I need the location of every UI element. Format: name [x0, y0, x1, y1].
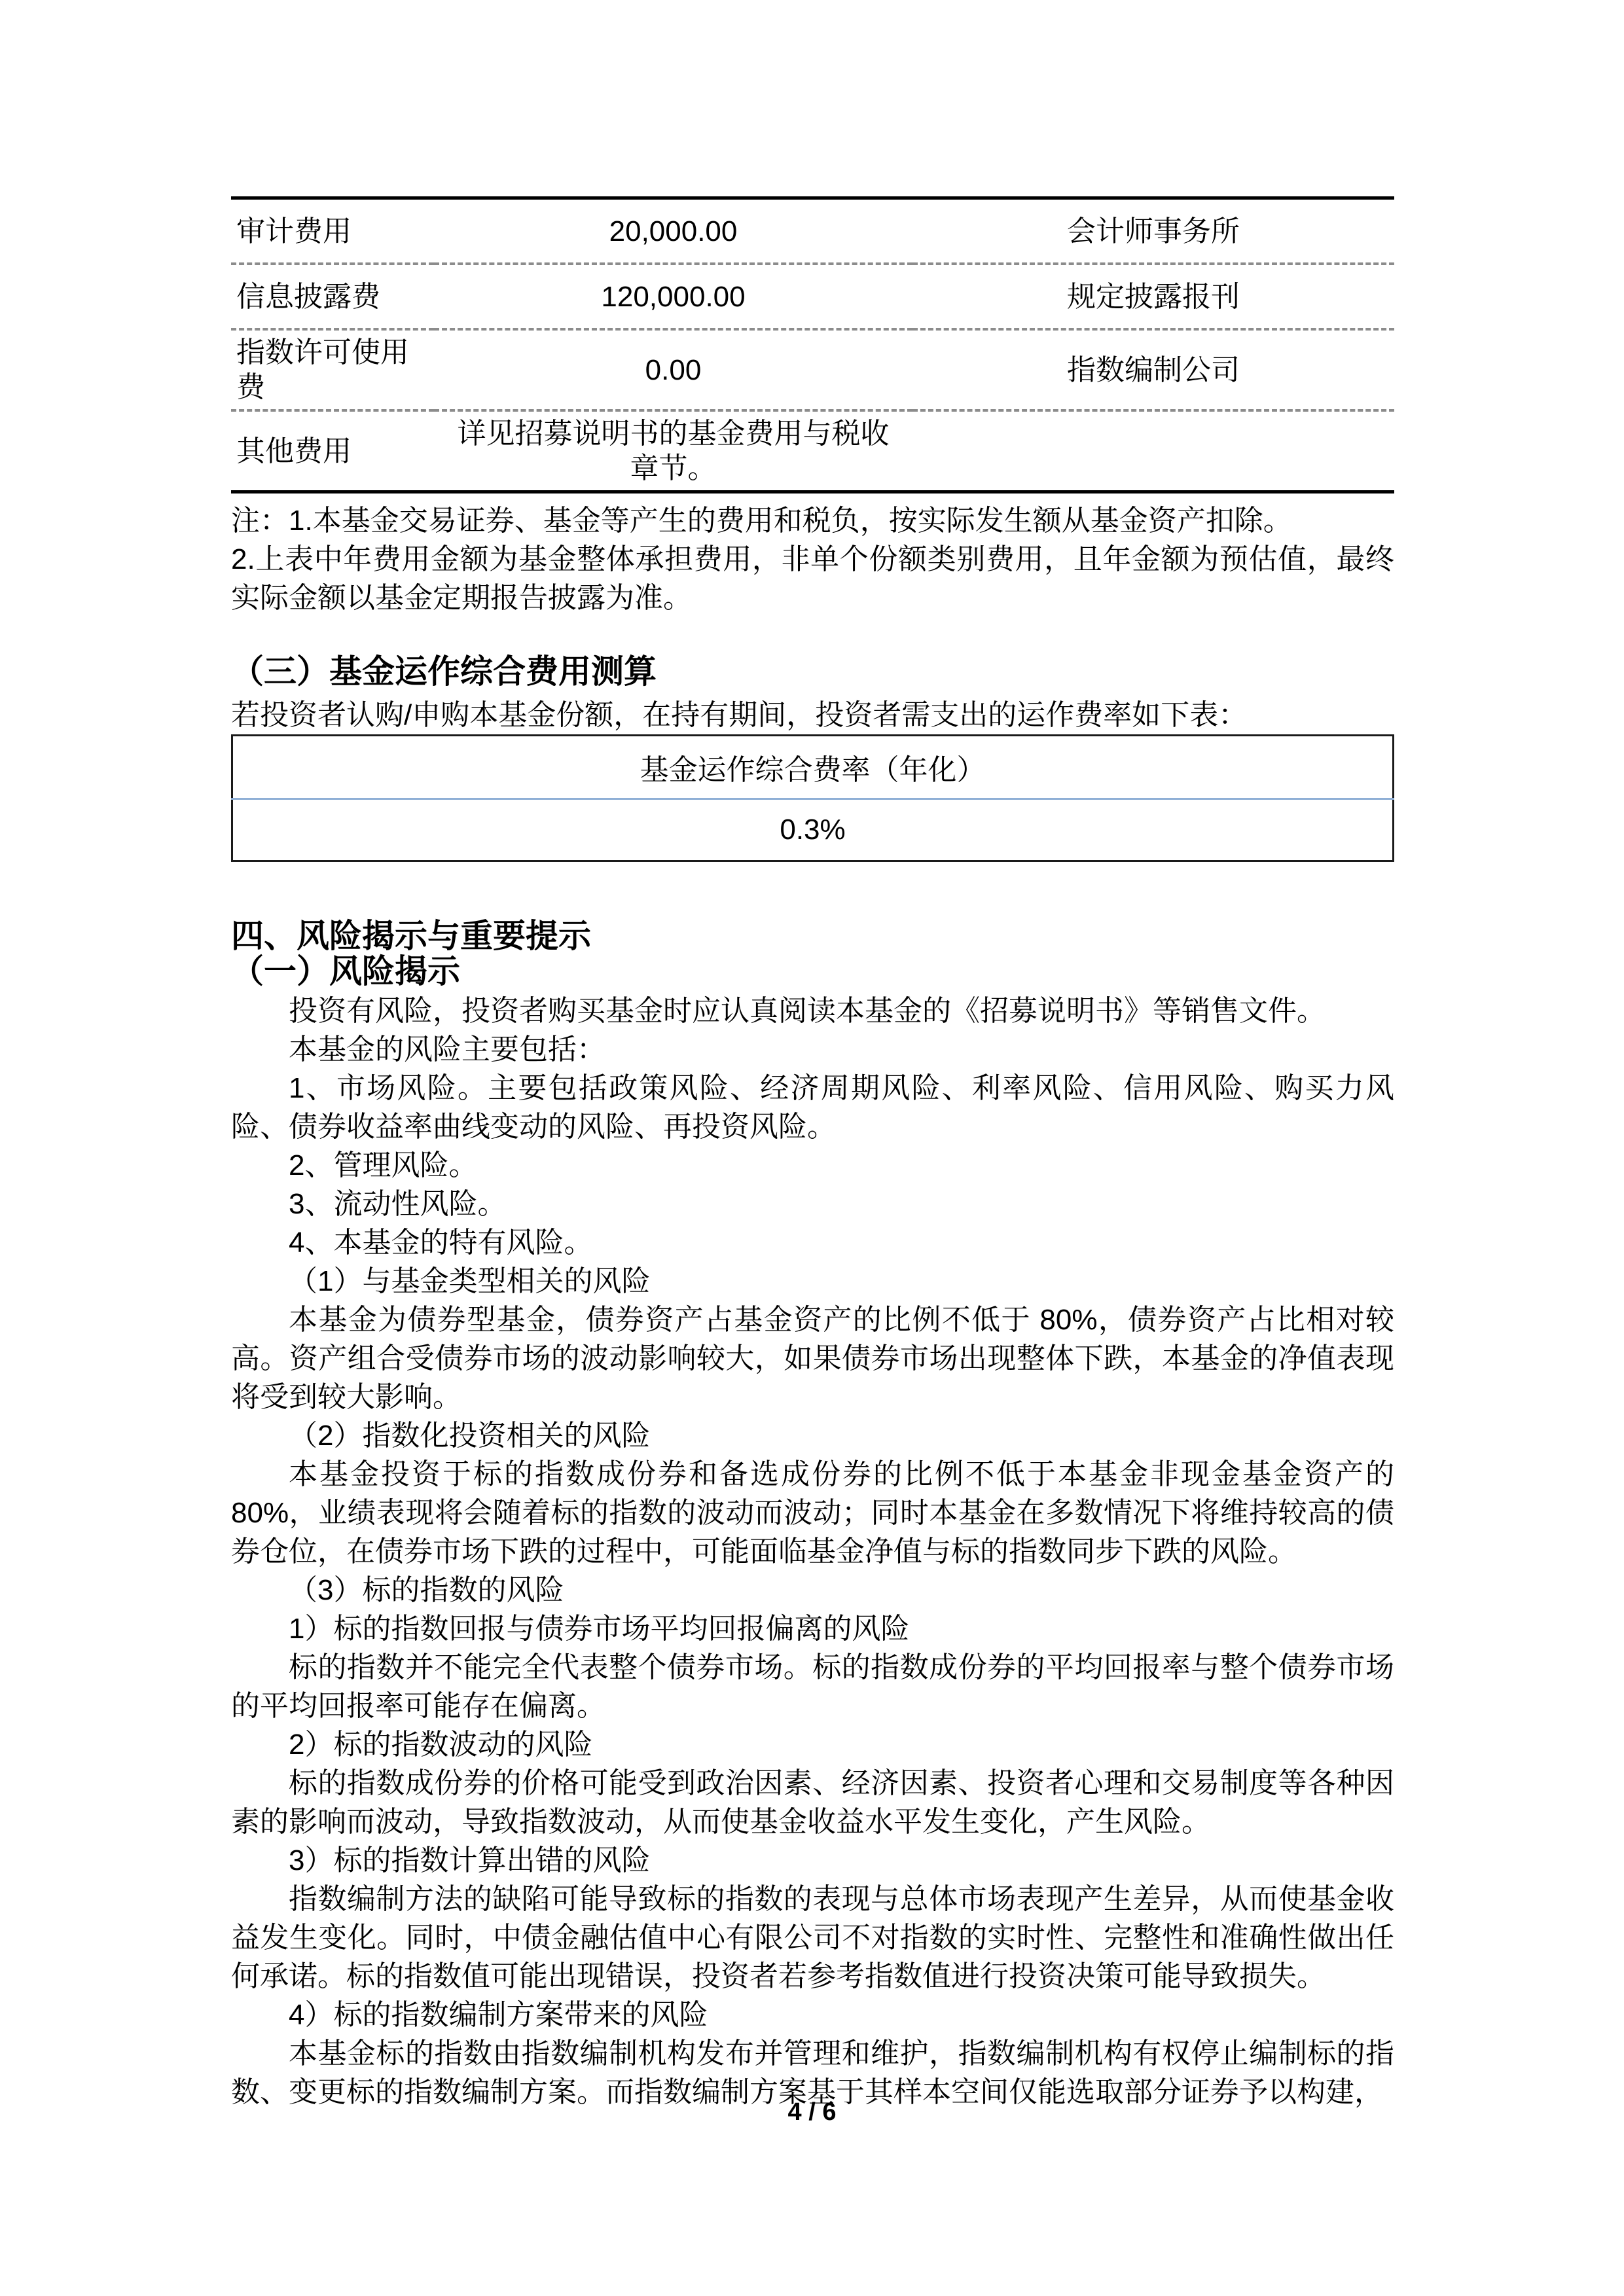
risk-paragraph: 4）标的指数编制方案带来的风险	[231, 1996, 1394, 2034]
fee-table: 审计费用 20,000.00 会计师事务所 信息披露费 120,000.00 规…	[231, 196, 1394, 493]
subsection-heading-risk-disclosure: （一）风险揭示	[231, 954, 1394, 989]
fee-amount: 120,000.00	[434, 264, 912, 329]
risk-paragraph: 2、管理风险。	[231, 1146, 1394, 1185]
risk-paragraph: 本基金为债券型基金，债券资产占基金资产的比例不低于 80%，债券资产占比相对较高…	[231, 1300, 1394, 1416]
fee-item-name: 其他费用	[231, 410, 434, 492]
operation-fee-value: 0.3%	[232, 799, 1394, 861]
risk-paragraph: 4、本基金的特有风险。	[231, 1223, 1394, 1262]
section-heading-fee-calc: （三）基金运作综合费用测算	[231, 651, 1394, 692]
risk-paragraph: 3）标的指数计算出错的风险	[231, 1841, 1394, 1880]
page-content: 审计费用 20,000.00 会计师事务所 信息披露费 120,000.00 规…	[231, 0, 1394, 2111]
risk-paragraph: 标的指数成份券的价格可能受到政治因素、经济因素、投资者心理和交易制度等各种因素的…	[231, 1764, 1394, 1841]
risk-paragraph: 1）标的指数回报与债券市场平均回报偏离的风险	[231, 1609, 1394, 1648]
risk-paragraph: （1）与基金类型相关的风险	[231, 1262, 1394, 1300]
fee-payee: 指数编制公司	[912, 329, 1394, 410]
fee-amount: 详见招募说明书的基金费用与税收 章节。	[434, 410, 912, 492]
risk-paragraph: 指数编制方法的缺陷可能导致标的指数的表现与总体市场表现产生差异，从而使基金收益发…	[231, 1880, 1394, 1996]
document-page: 审计费用 20,000.00 会计师事务所 信息披露费 120,000.00 规…	[0, 0, 1624, 2296]
section-heading-risk: 四、风险揭示与重要提示	[231, 918, 1394, 954]
fee-payee: 会计师事务所	[912, 198, 1394, 264]
table-notes: 注：1.本基金交易证券、基金等产生的费用和税负，按实际发生额从基金资产扣除。 2…	[231, 501, 1394, 617]
fee-amount: 0.00	[434, 329, 912, 410]
fee-payee: 规定披露报刊	[912, 264, 1394, 329]
operation-fee-header: 基金运作综合费率（年化）	[232, 736, 1394, 799]
table-note: 2.上表中年费用金额为基金整体承担费用，非单个份额类别费用，且年金额为预估值，最…	[231, 540, 1394, 617]
risk-paragraph: 标的指数并不能完全代表整个债券市场。标的指数成份券的平均回报率与整个债券市场的平…	[231, 1648, 1394, 1725]
fee-rate-intro: 若投资者认购/申购本基金份额，在持有期间，投资者需支出的运作费率如下表：	[231, 696, 1394, 734]
risk-paragraph: （2）指数化投资相关的风险	[231, 1416, 1394, 1455]
table-row: 指数许可使用费 0.00 指数编制公司	[231, 329, 1394, 410]
page-number: 4 / 6	[0, 2098, 1624, 2126]
table-row: 审计费用 20,000.00 会计师事务所	[231, 198, 1394, 264]
operation-fee-table: 基金运作综合费率（年化） 0.3%	[231, 734, 1394, 862]
risk-paragraph: 本基金的风险主要包括：	[231, 1030, 1394, 1069]
table-row: 基金运作综合费率（年化）	[232, 736, 1394, 799]
table-row: 0.3%	[232, 799, 1394, 861]
risk-paragraph: 1、市场风险。主要包括政策风险、经济周期风险、利率风险、信用风险、购买力风险、债…	[231, 1069, 1394, 1146]
fee-item-name: 指数许可使用费	[231, 329, 434, 410]
fee-item-name: 信息披露费	[231, 264, 434, 329]
risk-paragraph: 本基金投资于标的指数成份券和备选成份券的比例不低于本基金非现金基金资产的80%，…	[231, 1455, 1394, 1571]
risk-disclosure-body: 投资有风险，投资者购买基金时应认真阅读本基金的《招募说明书》等销售文件。 本基金…	[231, 992, 1394, 2111]
risk-paragraph: （3）标的指数的风险	[231, 1571, 1394, 1609]
risk-paragraph: 投资有风险，投资者购买基金时应认真阅读本基金的《招募说明书》等销售文件。	[231, 992, 1394, 1030]
fee-payee	[912, 410, 1394, 492]
risk-paragraph: 2）标的指数波动的风险	[231, 1725, 1394, 1764]
risk-paragraph: 3、流动性风险。	[231, 1185, 1394, 1223]
table-row: 其他费用 详见招募说明书的基金费用与税收 章节。	[231, 410, 1394, 492]
table-note: 注：1.本基金交易证券、基金等产生的费用和税负，按实际发生额从基金资产扣除。	[231, 501, 1394, 540]
table-row: 信息披露费 120,000.00 规定披露报刊	[231, 264, 1394, 329]
fee-amount: 20,000.00	[434, 198, 912, 264]
fee-item-name: 审计费用	[231, 198, 434, 264]
